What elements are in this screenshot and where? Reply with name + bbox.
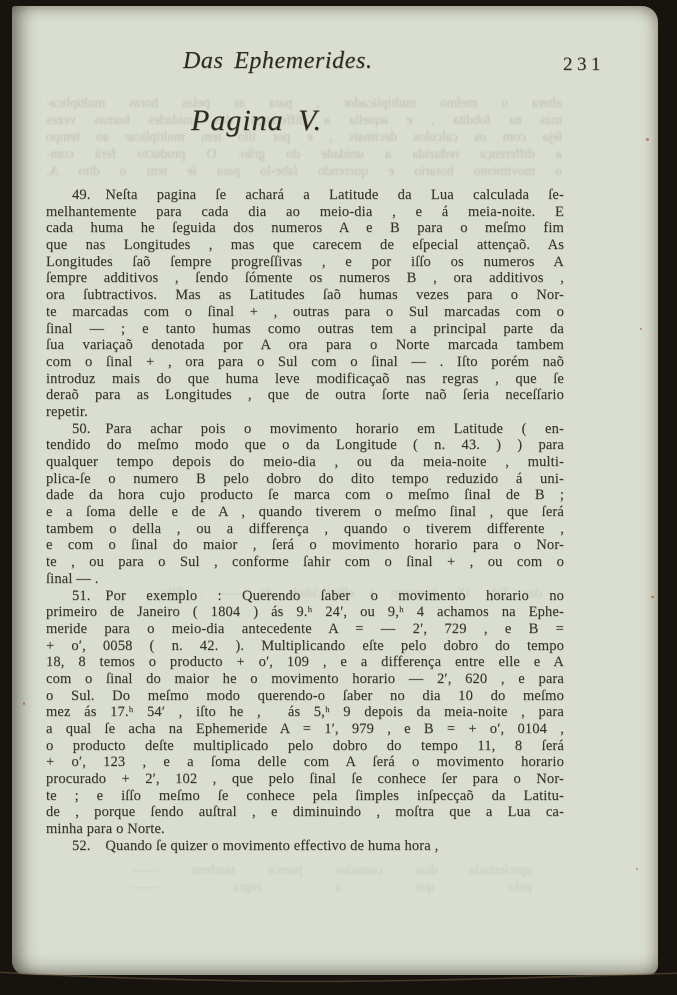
bleedthrough-line: pelo que a regra —— [132,878,532,895]
bleedthrough-line: a differença reduzida a unidade do grão.… [46,145,562,162]
text-line: meride para o meio-dia antecedente A = —… [46,621,564,638]
paragraph: 52. Quando ſe quizer o movimento effecti… [46,838,564,855]
text-line: com o ſinal do maior he o movimento hora… [46,671,564,688]
text-line: ſinal — ; e tanto humas como outras tem … [46,321,564,338]
text-line: tambem o della , ou a differença , quand… [46,521,564,538]
bleedthrough-line: o movimento horario e querendo ſabe-lo p… [46,162,562,179]
paragraph: 51. Por exemplo : Querendo ſaber o movim… [46,588,564,838]
text-line: 49. Neſta pagina ſe achará a Latitude da… [46,187,564,204]
text-line: + o′, 0058 ( n. 42. ). Multiplicando eſt… [46,638,564,655]
text-line: te , ou para o Sul , conforme ſahir com … [46,554,564,571]
section-title: Pagina V. [191,104,322,138]
text-line: dade da hora cujo producto ſe marca com … [46,487,564,504]
text-line: primeiro de Janeiro ( 1804 ) ás 9.ʰ 24′,… [46,604,564,621]
bleedthrough-line: apreſentada dias contados parece tambem … [132,861,532,878]
text-line: 51. Por exemplo : Querendo ſaber o movim… [46,588,564,605]
body-text: 49. Neſta pagina ſe achará a Latitude da… [46,187,564,855]
text-line: 52. Quando ſe quizer o movimento effecti… [46,838,564,855]
text-line: ora ſubtractivos. Mas as Latitudes ſaõ h… [46,287,564,304]
text-line: que nas Longitudes , mas que carecem de … [46,237,564,254]
text-line: qualquer tempo depois do meio-dia , ou d… [46,454,564,471]
text-line: minha para o Norte. [46,821,564,838]
text-line: te ; e iſſo meſmo ſe conhece pela ſimple… [46,788,564,805]
text-line: ſinal — . [46,571,564,588]
paragraph: 50. Para achar pois o movimento horario … [46,421,564,588]
text-line: 50. Para achar pois o movimento horario … [46,421,564,438]
text-line: deraõ para as Longitudes , que de outra … [46,387,564,404]
text-line: te marcadas com o ſinal + , outras para … [46,304,564,321]
text-line: plica-ſe o numero B pelo dobro do dito t… [46,471,564,488]
running-title: Das Ephemerides. [183,48,373,75]
text-line: o producto deſte multiplicado pelo dobro… [46,738,564,755]
text-line: e a ſoma delle e de A , quando tiverem o… [46,504,564,521]
text-line: de , porque ſendo auſtral , e diminuindo… [46,804,564,821]
text-line: ſua variaçaõ denotada por A ora para o N… [46,337,564,354]
ink-speck [651,596,654,598]
text-line: Longitudes ſaõ ſempre progreſſivas , e p… [46,254,564,271]
ink-speck [23,702,25,705]
ink-speck [646,138,649,141]
text-line: + o′, 123 , e a ſoma delle com A ſerá o … [46,754,564,771]
book-page: altera o meſmo multiplicador , para as p… [12,6,658,975]
text-line: com o ſinal + , ora para o Sul com o ſin… [46,354,564,371]
text-line: tendido do meſmo modo que o da Longitude… [46,437,564,454]
text-line: 18, 8 temos o producto + o′, 109 , e a d… [46,654,564,671]
paragraph: 49. Neſta pagina ſe achará a Latitude da… [46,187,564,421]
text-line: mez ás 17.ʰ 54′ , iſto he , ás 5,ʰ 9 dep… [46,704,564,721]
bleedthrough-text-bottom: apreſentada dias contados parece tambem … [132,861,532,895]
text-line: repetir. [46,404,564,421]
text-line: melhantemente para cada dia ao meio-dia … [46,204,564,221]
text-line: ſempre additivos , ſendo ſómente os nume… [46,270,564,287]
page-number: 231 [563,54,605,76]
text-line: introduz mais do que huma leve modificaç… [46,371,564,388]
text-line: cada huma he ſeguida dos numeros A e B p… [46,220,564,237]
ink-speck [636,868,638,870]
text-line: e com o ſinal do maior , ſerá o moviment… [46,537,564,554]
text-line: a qual ſe acha na Ephemeride A = 1′, 979… [46,721,564,738]
text-line: o Sul. Do meſmo modo querendo-o ſaber no… [46,688,564,705]
page-bottom-edge [0,960,677,995]
ink-speck [640,328,642,330]
text-line: procurado + 2′, 102 , que pelo ſinal ſe … [46,771,564,788]
